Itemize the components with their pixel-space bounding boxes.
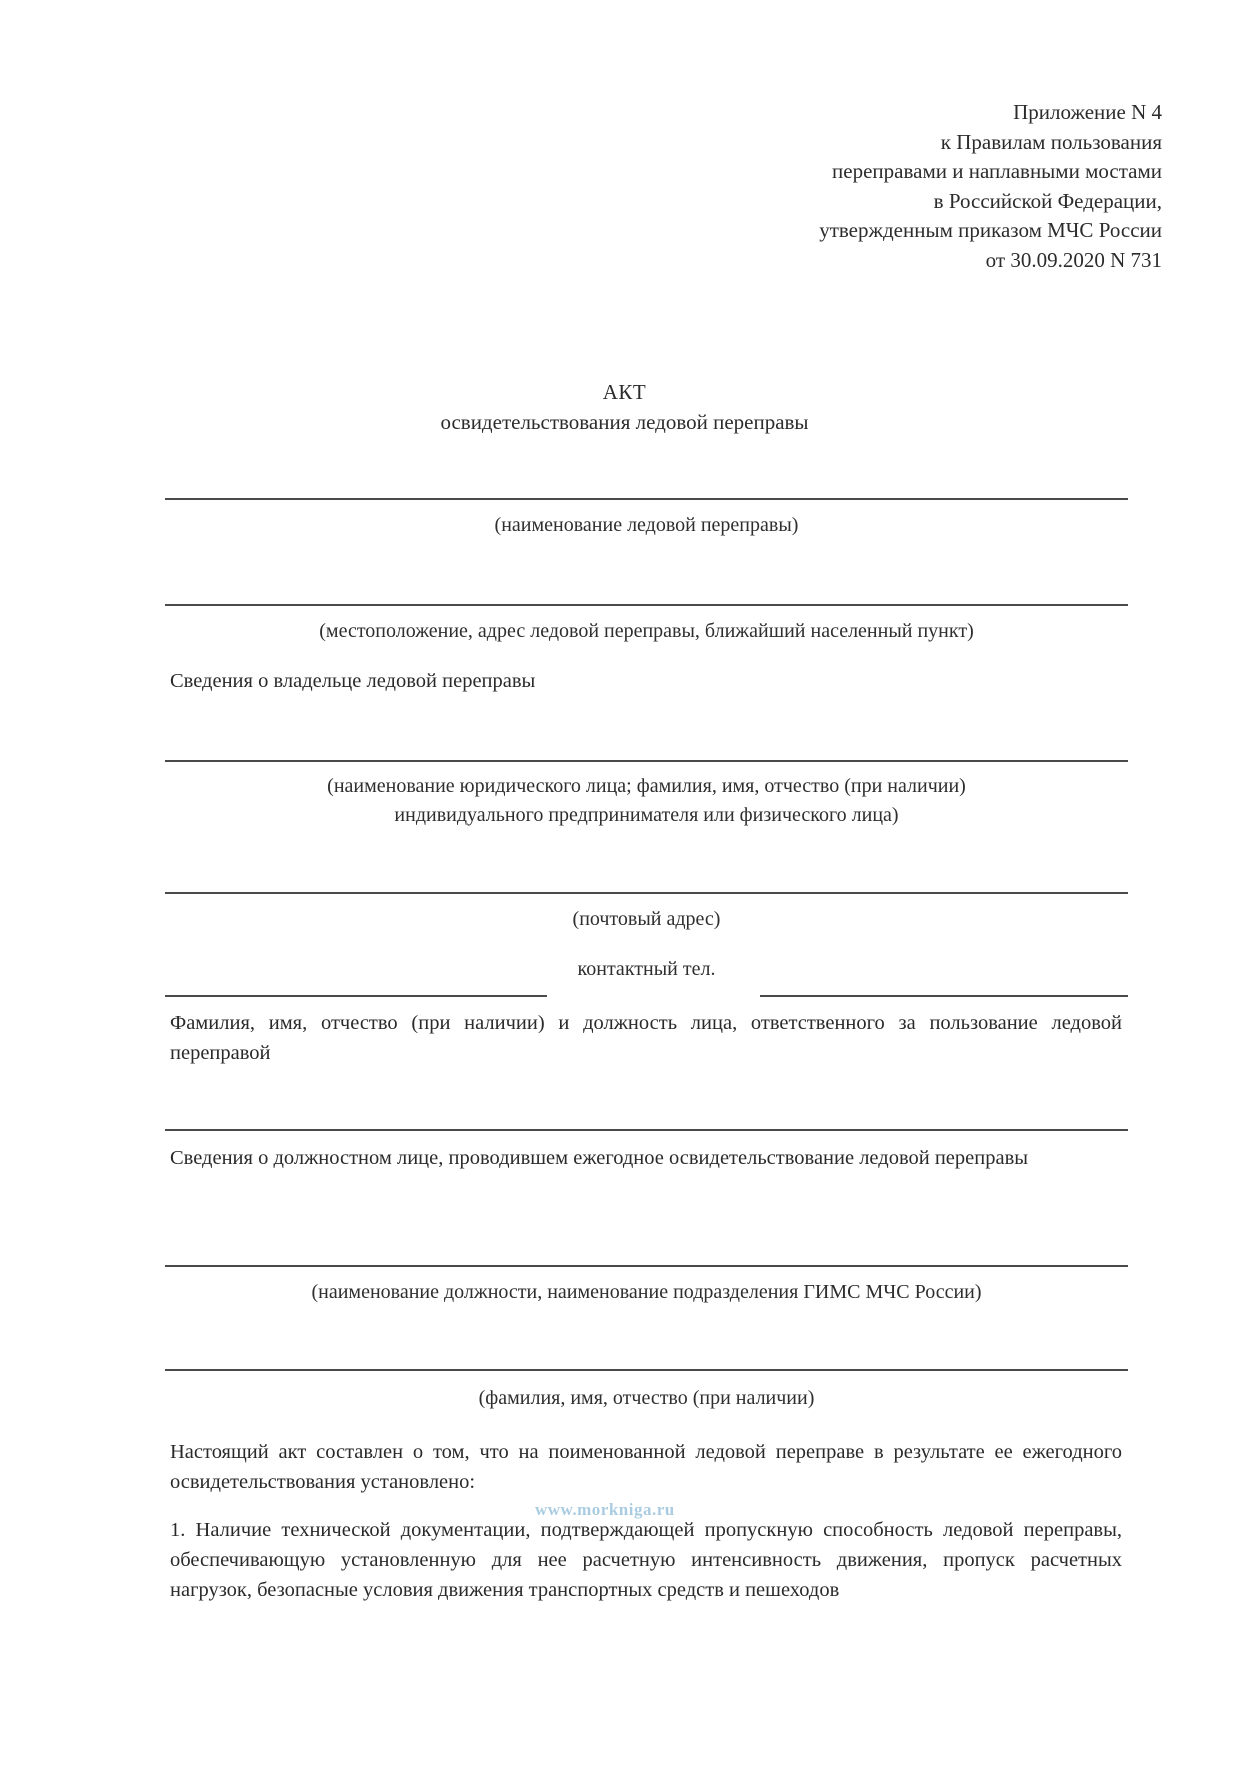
- contact-phone-label: контактный тел.: [165, 955, 1128, 984]
- annex-reference: Приложение N 4 к Правилам пользования пе…: [819, 98, 1162, 275]
- postal-address-caption: (почтовый адрес): [165, 905, 1128, 934]
- owner-label: Сведения о владельце ледовой переправы: [170, 666, 535, 696]
- annex-line: утвержденным приказом МЧС России: [819, 216, 1162, 246]
- location-caption: (местоположение, адрес ледовой переправы…: [165, 617, 1128, 646]
- postal-address-field[interactable]: [165, 892, 1128, 894]
- annex-line: Приложение N 4: [819, 98, 1162, 128]
- document-title: АКТ освидетельствования ледовой переправ…: [0, 377, 1249, 437]
- annex-line: от 30.09.2020 N 731: [819, 246, 1162, 276]
- contact-phone-field-left[interactable]: [165, 995, 547, 997]
- title-subtitle: освидетельствования ледовой переправы: [0, 407, 1249, 437]
- owner-field[interactable]: [165, 760, 1128, 762]
- inspector-position-caption: (наименование должности, наименование по…: [165, 1278, 1128, 1307]
- document-page: Приложение N 4 к Правилам пользования пе…: [0, 0, 1249, 1779]
- contact-phone-field-right[interactable]: [760, 995, 1128, 997]
- crossing-name-caption: (наименование ледовой переправы): [165, 511, 1128, 540]
- inspector-name-caption: (фамилия, имя, отчество (при наличии): [165, 1384, 1128, 1413]
- title-main: АКТ: [0, 377, 1249, 407]
- responsible-person-label: Фамилия, имя, отчество (при наличии) и д…: [170, 1008, 1122, 1068]
- location-field[interactable]: [165, 604, 1128, 606]
- inspector-position-field[interactable]: [165, 1265, 1128, 1267]
- annex-line: переправами и наплавными мостами: [819, 157, 1162, 187]
- responsible-person-field[interactable]: [165, 1129, 1128, 1131]
- crossing-name-field[interactable]: [165, 498, 1128, 500]
- inspector-name-field[interactable]: [165, 1369, 1128, 1371]
- owner-caption: (наименование юридического лица; фамилия…: [165, 772, 1128, 830]
- inspector-label: Сведения о должностном лице, проводившем…: [170, 1143, 1122, 1173]
- owner-caption-line1: (наименование юридического лица; фамилия…: [165, 772, 1128, 801]
- item-1-paragraph: 1. Наличие технической документации, под…: [170, 1515, 1122, 1605]
- owner-caption-line2: индивидуального предпринимателя или физи…: [165, 801, 1128, 830]
- annex-line: в Российской Федерации,: [819, 187, 1162, 217]
- act-intro-paragraph: Настоящий акт составлен о том, что на по…: [170, 1437, 1122, 1497]
- annex-line: к Правилам пользования: [819, 128, 1162, 158]
